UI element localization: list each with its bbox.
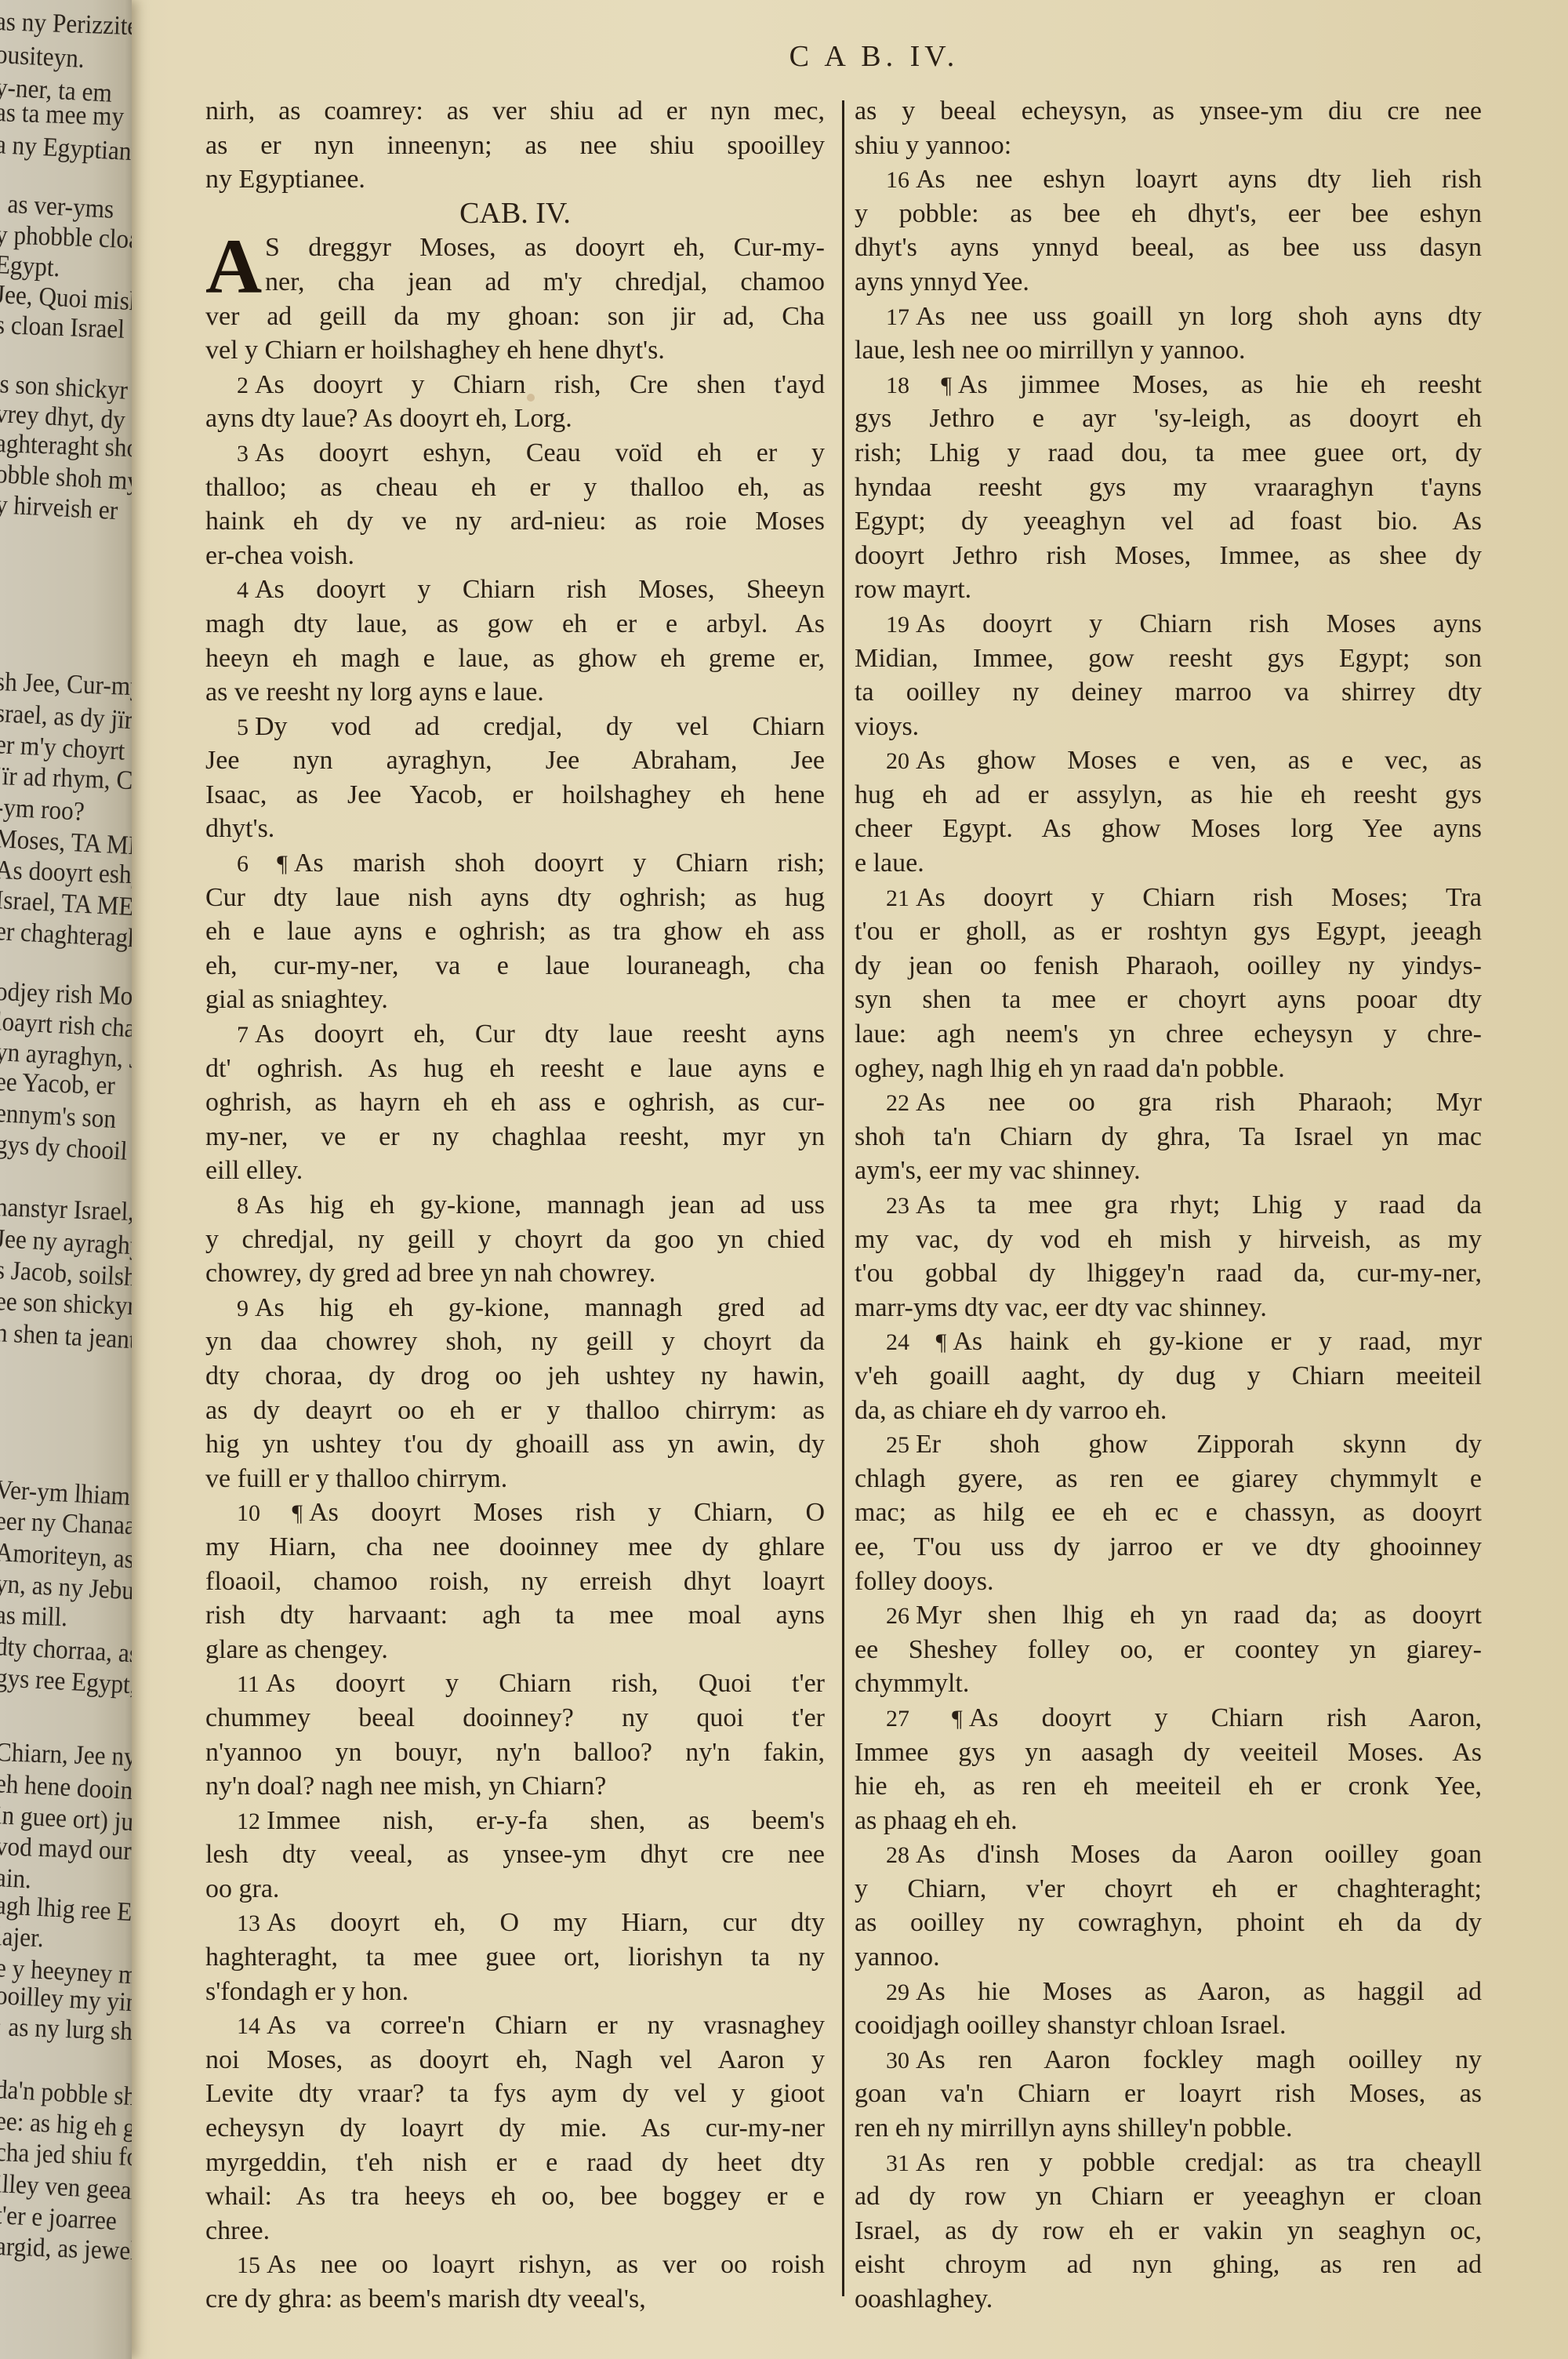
drop-cap: A	[205, 234, 262, 300]
verse-23: 23As ta mee gra rhyt; Lhig y raad damy v…	[855, 1188, 1482, 1325]
text-line: 24 ¶As haink eh gy-kione er y raad, myr	[855, 1325, 1482, 1359]
text-line: hyndaa reesht gys my vraaraghyn t'ayns	[855, 471, 1482, 505]
text-line: y chredjal, ny geill y choyrt da goo yn …	[205, 1223, 825, 1257]
verse-text: y Chiarn, v'er choyrt eh er chaghteraght…	[855, 1874, 1482, 1903]
verse-text: eh e laue ayns e oghrish; as tra ghow eh…	[205, 917, 825, 946]
text-line: 13As dooyrt eh, O my Hiarn, cur dty	[205, 1906, 825, 1940]
verse-text: e laue.	[855, 849, 924, 878]
facing-page-line: aghteraght sho	[0, 428, 132, 464]
verse-number: 26	[886, 1603, 909, 1629]
text-line: ve fuill er y thalloo chirrym.	[205, 1462, 825, 1496]
facing-page-fragment: as ny Perizzite,ousiteyn.y-ner, ta em as…	[0, 0, 132, 2359]
verse-text: As dooyrt y Chiarn rish Moses ayns	[916, 609, 1482, 638]
text-line: chree.	[205, 2214, 825, 2248]
verse-13: 13As dooyrt eh, O my Hiarn, cur dtyhaght…	[205, 1906, 825, 2008]
verse-text: ad dy row yn Chiarn er yeeaghyn er cloan	[855, 2182, 1482, 2211]
text-line: ren eh ny mirrillyn ayns shilley'n pobbl…	[855, 2111, 1482, 2146]
verse-14: 14As va corree'n Chiarn er ny vrasnaghey…	[205, 2008, 825, 2248]
text-line: 21As dooyrt y Chiarn rish Moses; Tra	[855, 881, 1482, 915]
text-line: ee Sheshey folley oo, er coontey yn giar…	[855, 1633, 1482, 1667]
text-line: gial as sniaghtey.	[205, 983, 825, 1017]
verse-text: ner, cha jean ad m'y chredjal, chamoo	[265, 267, 825, 296]
facing-page-line: vod mayd oural	[0, 1831, 132, 1868]
text-line: oo gra.	[205, 1872, 825, 1906]
verse-text: floaoil, chamoo roish, ny erreish dhyt l…	[205, 1567, 825, 1596]
verse-text: mac; as hilg ee eh ec e chassyn, as dooy…	[855, 1498, 1482, 1527]
verse-number: 15	[237, 2252, 260, 2278]
text-line: Egypt; dy yeeaghyn vel ad foast bio. As	[855, 504, 1482, 539]
text-line: 2As dooyrt y Chiarn rish, Cre shen t'ayd	[205, 368, 825, 402]
verse-text: Midian, Immee, gow reesht gys Egypt; son	[855, 644, 1482, 673]
text-line: y pobble: as bee eh dhyt's, eer bee eshy…	[855, 197, 1482, 231]
verse-text: shoh ta'n Chiarn dy ghra, Ta Israel yn m…	[855, 1122, 1482, 1151]
text-line: 22As nee oo gra rish Pharaoh; Myr	[855, 1085, 1482, 1120]
verse-text: Israel, as dy row eh er vakin yn seaghyn…	[855, 2216, 1482, 2245]
verse-text: ren eh ny mirrillyn ayns shilley'n pobbl…	[855, 2114, 1293, 2143]
text-line: as ooilley ny cowraghyn, phoint eh da dy	[855, 1906, 1482, 1940]
text-line: 20As ghow Moses e ven, as e vec, as	[855, 743, 1482, 778]
facing-page-line: hanstyr Israel,	[0, 1192, 132, 1228]
text-line: chowrey, dy gred ad bree yn nah chowrey.	[205, 1256, 825, 1291]
carryover-line: as y beeal echeysyn, as ynsee-ym diu cre…	[855, 94, 1482, 129]
facing-page-line: n shen ta jeant	[0, 1318, 132, 1356]
text-line: dy jean oo fenish Pharaoh, ooilley ny yi…	[855, 949, 1482, 983]
text-line: 16As nee eshyn loayrt ayns dty lieh rish	[855, 162, 1482, 197]
verse-20: 20As ghow Moses e ven, as e vec, ashug e…	[855, 743, 1482, 880]
text-line: cheer Egypt. As ghow Moses lorg Yee ayns	[855, 812, 1482, 846]
text-line: dt' oghrish. As hug eh reesht e laue ayn…	[205, 1052, 825, 1086]
verse-text: Jee nyn ayraghyn, Jee Abraham, Jee	[205, 746, 825, 775]
verse-number: 8	[237, 1193, 249, 1219]
verse-text: shiu y yannoo:	[855, 131, 1011, 160]
text-line: 18 ¶As jimmee Moses, as hie eh reesht	[855, 368, 1482, 402]
verse-text: ayns ynnyd Yee.	[855, 267, 1029, 296]
verse-text: Er shoh ghow Zipporah skynn dy	[916, 1430, 1482, 1459]
text-line: 9As hig eh gy-kione, mannagh gred ad	[205, 1291, 825, 1325]
text-line: rish dty harvaant: agh ta mee moal ayns	[205, 1598, 825, 1633]
text-line: my vac, dy vod eh mish y hirveish, as my	[855, 1223, 1482, 1257]
verse-text: As dooyrt y Chiarn rish, Quoi t'er	[266, 1669, 825, 1698]
verse-text: my Hiarn, cha nee dooinney mee dy ghlare	[205, 1532, 825, 1561]
text-line: dhyt's.	[205, 812, 825, 846]
text-line: eill elley.	[205, 1154, 825, 1188]
verse-text: As dooyrt eh, Cur dty laue reesht ayns	[255, 1020, 825, 1049]
verse-9: 9As hig eh gy-kione, mannagh gred adyn d…	[205, 1291, 825, 1496]
verse-text: oghrish, as hayrn eh eh ass e oghrish, a…	[205, 1088, 825, 1117]
verse-text: Myr shen lhig eh yn raad da; as dooyrt	[916, 1601, 1482, 1630]
verse-text: haink eh dy ve ny ard-nieu: as roie Mose…	[205, 507, 825, 536]
verse-text: da, as chiare eh dy varroo eh.	[855, 1396, 1167, 1425]
text-line: vel y Chiarn er hoilshaghey eh hene dhyt…	[205, 333, 825, 368]
verse-text: heeyn eh magh e laue, as ghow eh greme e…	[205, 644, 825, 673]
facing-page-line: as ta mee my	[0, 97, 125, 133]
verse-22: 22As nee oo gra rish Pharaoh; Myrshoh ta…	[855, 1085, 1482, 1188]
verse-number: 3	[237, 441, 249, 467]
text-line: eh e laue ayns e oghrish; as tra ghow eh…	[205, 914, 825, 949]
verse-31: 31As ren y pobble credjal: as tra cheayl…	[855, 2146, 1482, 2317]
facing-page-line: argid, as jewel	[0, 2231, 132, 2267]
text-line: eisht chroym ad nyn ghing, as ren ad	[855, 2248, 1482, 2282]
facing-page-line: ee son shickyrys	[0, 1286, 132, 1323]
verse-text: marr-yms dty vac, eer dty vac shinney.	[855, 1293, 1267, 1322]
verse-text: y chredjal, ny geill y choyrt da goo yn …	[205, 1225, 825, 1254]
text-line: 11As dooyrt y Chiarn rish, Quoi t'er	[205, 1667, 825, 1701]
verse-text: Levite dty vraar? ta fys aym dy vel y gi…	[205, 2079, 825, 2108]
text-line: y Chiarn, v'er choyrt eh er chaghteraght…	[855, 1872, 1482, 1906]
verse-17: 17As nee uss goaill yn lorg shoh ayns dt…	[855, 300, 1482, 368]
text-line: ver ad geill da my ghoan: son jir ad, Ch…	[205, 300, 825, 334]
text-line: 5Dy vod ad credjal, dy vel Chiarn	[205, 710, 825, 744]
verse-number: 14	[237, 2013, 260, 2039]
verse-text: dy jean oo fenish Pharaoh, ooilley ny yi…	[855, 951, 1482, 980]
text-line: 10 ¶As dooyrt Moses rish y Chiarn, O	[205, 1496, 825, 1530]
text-line: as dy deayrt oo eh er y thalloo chirrym:…	[205, 1394, 825, 1428]
verse-16: 16As nee eshyn loayrt ayns dty lieh rish…	[855, 162, 1482, 299]
verse-24: 24 ¶As haink eh gy-kione er y raad, myrv…	[855, 1325, 1482, 1427]
text-line: 19As dooyrt y Chiarn rish Moses ayns	[855, 607, 1482, 642]
verse-number: 9	[237, 1296, 249, 1321]
verse-text: t'ou gobbal dy lhiggey'n raad da, cur-my…	[855, 1259, 1482, 1288]
text-line: my Hiarn, cha nee dooinney mee dy ghlare	[205, 1530, 825, 1565]
verse-25: 25Er shoh ghow Zipporah skynn dychlagh g…	[855, 1427, 1482, 1598]
verse-4: 4As dooyrt y Chiarn rish Moses, Sheeynma…	[205, 572, 825, 709]
verse-text: cooidjagh ooilley shanstyr chloan Israel…	[855, 2011, 1286, 2040]
verse-text: As dooyrt y Chiarn rish Aaron,	[969, 1703, 1482, 1732]
text-line: yannoo.	[855, 1940, 1482, 1975]
text-line: as ve reesht ny lorg ayns e laue.	[205, 675, 825, 710]
verse-text: s'fondagh er y hon.	[205, 1977, 408, 2006]
facing-page-line: gys dy chooil	[0, 1129, 128, 1168]
verse-number: 27 ¶	[886, 1706, 963, 1732]
verse-text: as er nyn inneenyn; as nee shiu spooille…	[205, 131, 825, 160]
text-line: chymmylt.	[855, 1667, 1482, 1701]
text-line: echeysyn dy loayrt dy mie. As cur-my-ner	[205, 2111, 825, 2146]
facing-page-line: as mill.	[0, 1600, 68, 1634]
carryover-line: as er nyn inneenyn; as nee shiu spooille…	[205, 129, 825, 163]
verse-3: 3As dooyrt eshyn, Ceau voïd eh er ythall…	[205, 436, 825, 572]
verse-text: laue: agh neem's yn chree echeysyn y chr…	[855, 1020, 1482, 1049]
verse-text: ayns dty laue? As dooyrt eh, Lorg.	[205, 404, 572, 433]
verse-text: echeysyn dy loayrt dy mie. As cur-my-ner	[205, 2114, 825, 2143]
text-line: noi Moses, as dooyrt eh, Nagh vel Aaron …	[205, 2043, 825, 2077]
text-line: hie eh, as ren eh meeiteil eh er cronk Y…	[855, 1769, 1482, 1804]
verse-number: 5	[237, 714, 249, 740]
verse-text: chree.	[205, 2216, 270, 2245]
text-line: 4As dooyrt y Chiarn rish Moses, Sheeyn	[205, 572, 825, 607]
verse-text: As hig eh gy-kione, mannagh gred ad	[255, 1293, 825, 1322]
column-divider	[842, 100, 844, 2296]
verse-number: 19	[886, 612, 909, 638]
verse-text: ve fuill er y thalloo chirrym.	[205, 1464, 507, 1493]
text-line: cre dy ghra: as beem's marish dty veeal'…	[205, 2282, 825, 2317]
text-line: eh, cur-my-ner, va e laue louraneagh, ch…	[205, 949, 825, 983]
facing-page-line: y hirveish er	[0, 489, 118, 527]
verse-text: As hie Moses as Aaron, as haggil ad	[916, 1977, 1482, 2006]
verse-number: 28	[886, 1842, 909, 1868]
running-head: C A B. IV.	[757, 39, 992, 74]
verse-text: As hig eh gy-kione, mannagh jean ad uss	[255, 1190, 825, 1219]
verse-text: As nee eshyn loayrt ayns dty lieh rish	[916, 165, 1482, 194]
text-line: ad dy row yn Chiarn er yeeaghyn er cloan	[855, 2179, 1482, 2214]
text-line: 31As ren y pobble credjal: as tra cheayl…	[855, 2146, 1482, 2180]
text-line: dty choraa, dy drog oo jeh ushtey ny haw…	[205, 1359, 825, 1394]
verse-26: 26Myr shen lhig eh yn raad da; as dooyrt…	[855, 1598, 1482, 1701]
verse-27: 27 ¶As dooyrt y Chiarn rish Aaron,Immee …	[855, 1701, 1482, 1837]
text-line: 17As nee uss goaill yn lorg shoh ayns dt…	[855, 300, 1482, 334]
verse-number: 6 ¶	[237, 851, 288, 877]
text-line: Israel, as dy row eh er vakin yn seaghyn…	[855, 2214, 1482, 2248]
verse-text: ny'n doal? nagh nee mish, yn Chiarn?	[205, 1772, 606, 1801]
verse-text: yn daa chowrey shoh, ny geill y choyrt d…	[205, 1327, 825, 1356]
verse-text: thalloo; as cheau eh er y thalloo eh, as	[205, 473, 825, 502]
verse-text: cre dy ghra: as beem's marish dty veeal'…	[205, 2284, 646, 2314]
verse-text: As dooyrt y Chiarn rish, Cre shen t'ayd	[255, 370, 825, 399]
verse-text: ver ad geill da my ghoan: son jir ad, Ch…	[205, 302, 825, 331]
verse-number: 29	[886, 1979, 909, 2005]
facing-page-line: a ny Egyptianee	[0, 129, 132, 169]
text-line: chlagh gyere, as ren ee giarey chymmylt …	[855, 1462, 1482, 1496]
text-line: heeyn eh magh e laue, as ghow eh greme e…	[205, 642, 825, 676]
verse-number: 13	[237, 1910, 260, 1936]
text-line: Jee nyn ayraghyn, Jee Abraham, Jee	[205, 743, 825, 778]
text-line: ooashlaghey.	[855, 2282, 1482, 2317]
verse-text: oo gra.	[205, 1874, 279, 1903]
verse-text: aym's, eer my vac shinney.	[855, 1156, 1141, 1185]
text-line: laue: agh neem's yn chree echeysyn y chr…	[855, 1017, 1482, 1052]
text-line: whail: As tra heeys eh oo, bee boggey er…	[205, 2179, 825, 2214]
text-line: shoh ta'n Chiarn dy ghra, Ta Israel yn m…	[855, 1120, 1482, 1154]
text-line: Midian, Immee, gow reesht gys Egypt; son	[855, 642, 1482, 676]
text-line: 3As dooyrt eshyn, Ceau voïd eh er y	[205, 436, 825, 471]
verse-number: 24 ¶	[886, 1329, 946, 1355]
verse-text: ee, T'ou uss dy jarroo er ve dty ghooinn…	[855, 1532, 1482, 1561]
verse-number: 20	[886, 748, 909, 774]
text-line: hig yn ushtey t'ou dy ghoaill ass yn awi…	[205, 1427, 825, 1462]
text-line: yn daa chowrey shoh, ny geill y choyrt d…	[205, 1325, 825, 1359]
verse-text: row mayrt.	[855, 575, 971, 604]
facing-page-line: -ym roo?	[0, 792, 85, 828]
verse-text: n'yannoo yn bouyr, ny'n balloo? ny'n fak…	[205, 1738, 825, 1767]
verse-text: As d'insh Moses da Aaron ooilley goan	[916, 1840, 1482, 1869]
text-line: glare as chengey.	[205, 1633, 825, 1667]
text-line: 15As nee oo loayrt rishyn, as ver oo roi…	[205, 2248, 825, 2282]
verse-text: ooashlaghey.	[855, 2284, 993, 2314]
verse-text: As dooyrt eh, O my Hiarn, cur dty	[267, 1908, 825, 1937]
text-line: Immee gys yn aasagh dy veeiteil Moses. A…	[855, 1736, 1482, 1770]
verse-number: 16	[886, 167, 909, 193]
verse-text: Immee nish, er-y-fa shen, as beem's	[267, 1806, 825, 1835]
verse-text: whail: As tra heeys eh oo, bee boggey er…	[205, 2182, 825, 2211]
verse-5: 5Dy vod ad credjal, dy vel ChiarnJee nyn…	[205, 710, 825, 846]
verse-text: As dooyrt y Chiarn rish Moses, Sheeyn	[255, 575, 825, 604]
verse-text: chowrey, dy gred ad bree yn nah chowrey.	[205, 1259, 655, 1288]
text-line: magh dty laue, as gow eh er e arbyl. As	[205, 607, 825, 642]
verse-text: myrgeddin, t'eh nish er e raad dy heet d…	[205, 2148, 825, 2177]
text-line: aym's, eer my vac shinney.	[855, 1154, 1482, 1188]
text-line: 23As ta mee gra rhyt; Lhig y raad da	[855, 1188, 1482, 1223]
verse-15: 15As nee oo loayrt rishyn, as ver oo roi…	[205, 2248, 825, 2316]
text-line: cooidjagh ooilley shanstyr chloan Israel…	[855, 2008, 1482, 2043]
verse-text: ee Sheshey folley oo, er coontey yn giar…	[855, 1635, 1482, 1664]
paper-stain	[880, 2304, 884, 2308]
verse-text: dhyt's ayns ynnyd beeal, as bee uss dasy…	[855, 233, 1482, 262]
text-line: n'yannoo yn bouyr, ny'n balloo? ny'n fak…	[205, 1736, 825, 1770]
verse-19: 19As dooyrt y Chiarn rish Moses aynsMidi…	[855, 607, 1482, 743]
verse-text: nirh, as coamrey: as ver shiu ad er nyn …	[205, 96, 825, 125]
text-line: oghey, nagh lhig eh yn raad da'n pobble.	[855, 1052, 1482, 1086]
text-line: da, as chiare eh dy varroo eh.	[855, 1394, 1482, 1428]
verse-text: As ghow Moses e ven, as e vec, as	[916, 746, 1482, 775]
verse-text: chymmylt.	[855, 1669, 969, 1698]
verse-12: 12Immee nish, er-y-fa shen, as beem'sles…	[205, 1804, 825, 1906]
verse-text: Immee gys yn aasagh dy veeiteil Moses. A…	[855, 1738, 1482, 1767]
verse-text: As ren y pobble credjal: as tra cheayll	[916, 2148, 1482, 2177]
text-line: ayns dty laue? As dooyrt eh, Lorg.	[205, 402, 825, 436]
verse-text: my vac, dy vod eh mish y hirveish, as my	[855, 1225, 1482, 1254]
text-line: 6 ¶As marish shoh dooyrt y Chiarn rish;	[205, 846, 825, 881]
verse-text: chummey beeal dooinney? ny quoi t'er	[205, 1703, 825, 1732]
facing-page-line: ee Yacob, er	[0, 1067, 115, 1102]
text-line: Levite dty vraar? ta fys aym dy vel y gi…	[205, 2077, 825, 2111]
verse-text: as phaag eh eh.	[855, 1806, 1018, 1835]
verse-text: as y beeal echeysyn, as ynsee-ym diu cre…	[855, 96, 1482, 125]
verse-text: goan va'n Chiarn er loayrt rish Moses, a…	[855, 2079, 1482, 2108]
verse-number: 17	[886, 304, 909, 330]
right-column: as y beeal echeysyn, as ynsee-ym diu cre…	[855, 94, 1482, 2317]
text-line: goan va'n Chiarn er loayrt rish Moses, a…	[855, 2077, 1482, 2111]
text-line: 28As d'insh Moses da Aaron ooilley goan	[855, 1837, 1482, 1872]
text-line: ayns ynnyd Yee.	[855, 265, 1482, 300]
verse-text: vioys.	[855, 712, 919, 741]
verse-18: 18 ¶As jimmee Moses, as hie eh reeshtgys…	[855, 368, 1482, 607]
text-line: gys Jethro e ayr 'sy-leigh, as dooyrt eh	[855, 402, 1482, 436]
verse-text: As dooyrt y Chiarn rish Moses; Tra	[916, 883, 1482, 912]
verse-text: rish; Lhig y raad dou, ta mee guee ort, …	[855, 438, 1482, 467]
verse-text: Egypt; dy yeeaghyn vel ad foast bio. As	[855, 507, 1482, 536]
verse-text: As nee oo loayrt rishyn, as ver oo roish	[267, 2250, 825, 2279]
verse-7: 7As dooyrt eh, Cur dty laue reesht aynsd…	[205, 1017, 825, 1188]
text-line: S dreggyr Moses, as dooyrt eh, Cur-my-	[205, 231, 825, 265]
verse-number: 10 ¶	[237, 1500, 303, 1526]
verse-number: 12	[237, 1808, 260, 1834]
verse-number: 11	[237, 1671, 260, 1697]
verse-21: 21As dooyrt y Chiarn rish Moses; Trat'ou…	[855, 881, 1482, 1086]
text-line: marr-yms dty vac, eer dty vac shinney.	[855, 1291, 1482, 1325]
verse-text: chlagh gyere, as ren ee giarey chymmylt …	[855, 1464, 1482, 1493]
verse-number: 25	[886, 1432, 909, 1458]
facing-page-line: lajer.	[0, 1921, 44, 1954]
carryover-line: shiu y yannoo:	[855, 129, 1482, 163]
text-line: er-chea voish.	[205, 539, 825, 573]
verse-28: 28As d'insh Moses da Aaron ooilley goany…	[855, 1837, 1482, 1974]
verse-text: gys Jethro e ayr 'sy-leigh, as dooyrt eh	[855, 404, 1482, 433]
text-line: 29As hie Moses as Aaron, as haggil ad	[855, 1975, 1482, 2009]
verse-text: S dreggyr Moses, as dooyrt eh, Cur-my-	[265, 233, 825, 262]
verse-text: eisht chroym ad nyn ghing, as ren ad	[855, 2250, 1482, 2279]
text-line: 14As va corree'n Chiarn er ny vrasnaghey	[205, 2008, 825, 2043]
verse-text: hug eh ad er assylyn, as hie eh reesht g…	[855, 780, 1482, 809]
text-line: ny'n doal? nagh nee mish, yn Chiarn?	[205, 1769, 825, 1804]
verse-30: 30As ren Aaron fockley magh ooilley nygo…	[855, 2043, 1482, 2146]
text-line: 12Immee nish, er-y-fa shen, as beem's	[205, 1804, 825, 1838]
verse-text: y pobble: as bee eh dhyt's, eer bee eshy…	[855, 199, 1482, 228]
text-line: haghteraght, ta mee guee ort, liorishyn …	[205, 1940, 825, 1975]
text-line: as phaag eh eh.	[855, 1804, 1482, 1838]
verse-text: syn shen ta mee er choyrt ayns pooar dty	[855, 985, 1482, 1014]
carryover-line: ny Egyptianee.	[205, 162, 825, 197]
verse-6: 6 ¶As marish shoh dooyrt y Chiarn rish;C…	[205, 846, 825, 1017]
text-line: haink eh dy ve ny ard-nieu: as roie Mose…	[205, 504, 825, 539]
facing-page-line: as ny Perizzite,	[0, 6, 132, 43]
carryover-line: nirh, as coamrey: as ver shiu ad er nyn …	[205, 94, 825, 129]
text-line: dhyt's ayns ynnyd beeal, as bee uss dasy…	[855, 231, 1482, 265]
text-line: lesh dty veeal, as ynsee-ym dhyt cre nee	[205, 1837, 825, 1872]
verse-text: dt' oghrish. As hug eh reesht e laue ayn…	[205, 1054, 825, 1083]
verse-number: 4	[237, 577, 249, 603]
verse-text: dooyrt Jethro rish Moses, Immee, as shee…	[855, 541, 1482, 570]
facing-page-line: sh Jee, Cur-my	[0, 667, 132, 703]
chapter-heading: CAB. IV.	[205, 197, 825, 231]
verse-number: 7	[237, 1022, 249, 1048]
text-line: mac; as hilg ee eh ec e chassyn, as dooy…	[855, 1496, 1482, 1530]
text-line: ta ooilley ny deiney marroo va shirrey d…	[855, 675, 1482, 710]
text-line: v'eh goaill aaght, dy dug y Chiarn meeit…	[855, 1359, 1482, 1394]
verse-text: ta ooilley ny deiney marroo va shirrey d…	[855, 678, 1482, 707]
verse-text: v'eh goaill aaght, dy dug y Chiarn meeit…	[855, 1361, 1482, 1390]
verse-text: As nee uss goaill yn lorg shoh ayns dty	[916, 302, 1482, 331]
facing-page-line: ousiteyn.	[0, 39, 85, 75]
facing-page-line: er chaghteraght	[0, 916, 132, 955]
text-line: ee, T'ou uss dy jarroo er ve dty ghooinn…	[855, 1530, 1482, 1565]
verse-text: dty choraa, dy drog oo jeh ushtey ny haw…	[205, 1361, 825, 1390]
verse-text: As marish shoh dooyrt y Chiarn rish;	[294, 849, 825, 878]
verse-text: ny Egyptianee.	[205, 165, 365, 194]
verse-text: Isaac, as Jee Yacob, er hoilshaghey eh h…	[205, 780, 825, 809]
verse-number: 31	[886, 2150, 909, 2176]
text-line: 25Er shoh ghow Zipporah skynn dy	[855, 1427, 1482, 1462]
text-line: e laue.	[855, 846, 1482, 881]
verse-text: As nee oo gra rish Pharaoh; Myr	[916, 1088, 1482, 1117]
text-line: chummey beeal dooinney? ny quoi t'er	[205, 1701, 825, 1736]
verse-number: 18 ¶	[886, 373, 952, 398]
verse-text: As va corree'n Chiarn er ny vrasnaghey	[267, 2011, 825, 2040]
verse-text: rish dty harvaant: agh ta mee moal ayns	[205, 1601, 825, 1630]
text-line: syn shen ta mee er choyrt ayns pooar dty	[855, 983, 1482, 1017]
verse-text: As jimmee Moses, as hie eh reesht	[958, 370, 1482, 399]
text-line: 27 ¶As dooyrt y Chiarn rish Aaron,	[855, 1701, 1482, 1736]
verse-text: Dy vod ad credjal, dy vel Chiarn	[255, 712, 825, 741]
facing-page-line: jïr ad rhym, C	[0, 761, 132, 797]
facing-page-line: s cloan Israel	[0, 310, 125, 346]
verse-10: 10 ¶As dooyrt Moses rish y Chiarn, Omy H…	[205, 1496, 825, 1667]
text-line: dooyrt Jethro rish Moses, Immee, as shee…	[855, 539, 1482, 573]
verse-text: As dooyrt Moses rish y Chiarn, O	[309, 1498, 825, 1527]
verse-1: AS dreggyr Moses, as dooyrt eh, Cur-my-n…	[205, 231, 825, 367]
verse-text: er-chea voish.	[205, 541, 354, 570]
text-line: thalloo; as cheau eh er y thalloo eh, as	[205, 471, 825, 505]
text-line: s'fondagh er y hon.	[205, 1975, 825, 2009]
text-line: 26Myr shen lhig eh yn raad da; as dooyrt	[855, 1598, 1482, 1633]
verse-text: As ren Aaron fockley magh ooilley ny	[916, 2045, 1482, 2074]
facing-page-line: gys ree Egypt,	[0, 1663, 132, 1701]
verse-11: 11As dooyrt y Chiarn rish, Quoi t'erchum…	[205, 1667, 825, 1803]
verse-text: noi Moses, as dooyrt eh, Nagh vel Aaron …	[205, 2045, 825, 2074]
text-line: my-ner, ve er ny chaghlaa reesht, myr yn	[205, 1120, 825, 1154]
verse-29: 29As hie Moses as Aaron, as haggil adcoo…	[855, 1975, 1482, 2043]
text-line: 30As ren Aaron fockley magh ooilley ny	[855, 2043, 1482, 2077]
verse-text: oghey, nagh lhig eh yn raad da'n pobble.	[855, 1054, 1285, 1083]
verse-text: as ve reesht ny lorg ayns e laue.	[205, 678, 544, 707]
